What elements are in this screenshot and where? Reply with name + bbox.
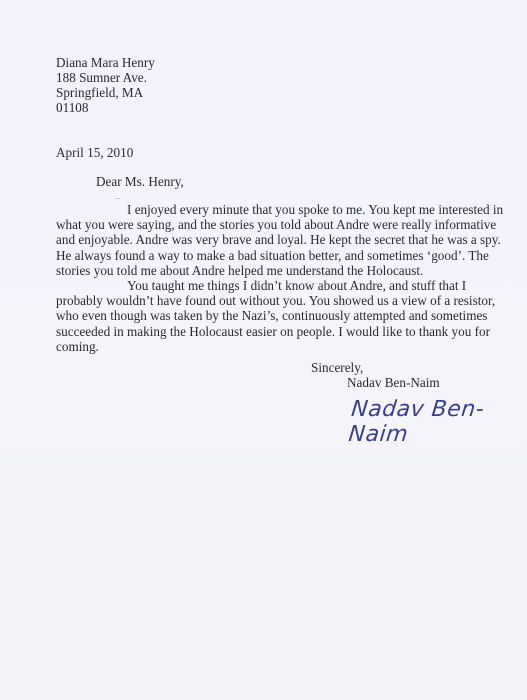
letter-body: I enjoyed every minute that you spoke to…: [56, 202, 516, 354]
handwritten-signature: Nadav Ben-Naim: [347, 397, 527, 447]
sender-name: Nadav Ben-Naim: [347, 375, 440, 390]
recipient-city-state: Springfield, MA: [56, 85, 143, 100]
recipient-zip: 01108: [56, 100, 88, 115]
recipient-street: 188 Sumner Ave.: [56, 70, 147, 85]
letter-page: Diana Mara Henry 188 Sumner Ave. Springf…: [0, 0, 527, 700]
closing: Sincerely,: [311, 360, 363, 375]
paragraph-2: You taught me things I didn’t know about…: [56, 278, 516, 354]
recipient-name: Diana Mara Henry: [56, 55, 155, 70]
paragraph-1: I enjoyed every minute that you spoke to…: [56, 202, 516, 278]
letter-date: April 15, 2010: [56, 145, 133, 160]
salutation: Dear Ms. Henry,: [96, 174, 184, 189]
stray-mark: [115, 198, 120, 199]
